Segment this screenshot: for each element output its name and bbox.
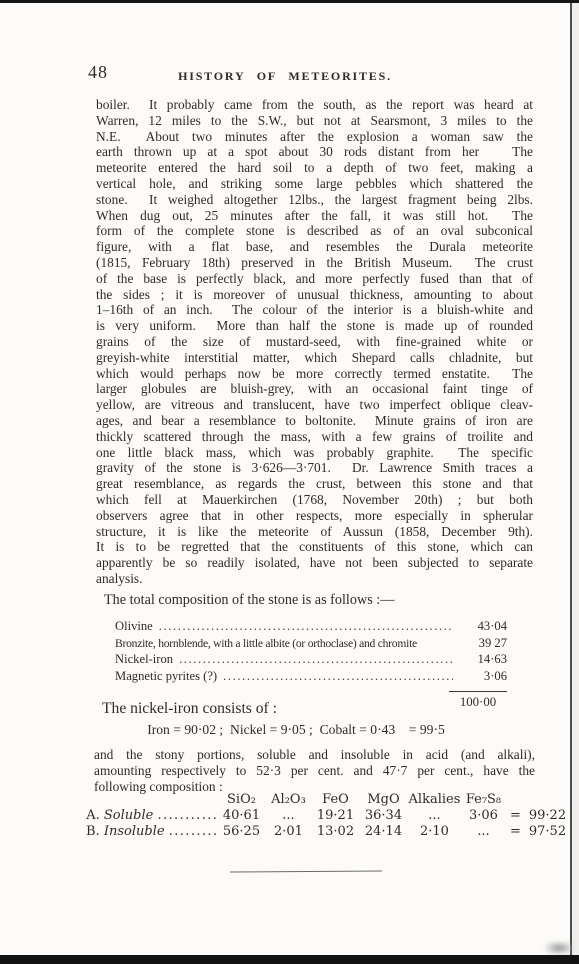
empty-cell [86, 792, 218, 808]
text-line: observers agree that in other respects, … [96, 508, 533, 524]
analysis-header-row: SiO₂ Al₂O₃ FeO MgO Alkalies Fe₇S₈ [86, 792, 570, 808]
text-line: vertical hole, and striking some large p… [96, 176, 533, 192]
dot-leader: ........................................… [223, 669, 453, 684]
row-prefix: B. [86, 824, 100, 839]
text-line: thickly scattered through the mass, with… [96, 429, 533, 445]
column-header: FeO [312, 792, 358, 808]
text-line: amounting respectively to 52·3 per cent.… [94, 763, 535, 779]
text-line: one little black mass, which was probabl… [96, 445, 533, 461]
text-line: (1815, February 18th) preserved in the B… [96, 255, 533, 271]
row-value: 3·06 [457, 669, 507, 684]
text-line: figure, with a flat base, and resembles … [96, 239, 533, 255]
text-line: N.E. About two minutes after the explosi… [96, 129, 533, 145]
equals-sign: = [506, 824, 524, 840]
scan-right-margin [572, 0, 579, 964]
table-row-insoluble: B. Insoluble ......... 56·25 2·01 13·02 … [86, 824, 570, 840]
text-line: greyish-white interstitial matter, which… [96, 350, 533, 366]
cell-value: 2·10 [408, 824, 460, 840]
text-line: ages, and bear a resemblance to boltonit… [96, 413, 533, 429]
nickel-iron-values: Iron = 90·02 ; Nickel = 9·05 ; Cobalt = … [96, 722, 496, 738]
text-line: form of the complete stone is described … [96, 223, 533, 239]
row-value: 43·04 [457, 619, 507, 634]
table-row-soluble: A. Soluble ........... 40·61 ... 19·21 3… [86, 808, 570, 824]
cell-value: 24·14 [358, 824, 408, 840]
book-page: 48 HISTORY OF METEORITES. boiler. It pro… [0, 0, 579, 964]
scan-edge-top [0, 0, 579, 3]
section-divider-rule [230, 870, 382, 872]
row-label: Olivine [115, 619, 153, 634]
text-line: structure, it is like the meteorite of A… [96, 524, 533, 540]
text-line: of the base is perfectly black, and more… [96, 271, 533, 287]
text-line: When dug out, 25 minutes after the fall,… [96, 208, 533, 224]
cell-value: 13·02 [312, 824, 358, 840]
dot-leader: ........... [157, 808, 218, 823]
row-value: 14·63 [457, 652, 507, 667]
table-row: Magnetic pyrites (?) ...................… [115, 669, 507, 686]
text-line: stone. It weighed altogether 12lbs., the… [96, 192, 533, 208]
dot-leader: ......... [169, 824, 219, 839]
dot-leader: ........................................… [179, 652, 453, 667]
row-value: 39 27 [457, 636, 507, 651]
cell-value: ... [460, 824, 506, 840]
text-line: and the stony portions, soluble and inso… [94, 747, 535, 763]
scan-edge-bottom [0, 955, 579, 964]
row-prefix: A. [86, 808, 100, 823]
text-line: grains of the size of mustard-seed, with… [96, 334, 533, 350]
table-row: Nickel-iron ............................… [115, 652, 507, 669]
cell-value: ... [264, 808, 312, 824]
column-header: Fe₇S₈ [460, 792, 506, 808]
text-line: earth thrown up at a spot about 30 rods … [96, 144, 533, 160]
text-line: which fell at Mauerkirchen (1768, Novemb… [96, 492, 533, 508]
row-total: 97·52 [524, 824, 570, 840]
text-line: analysis. [96, 571, 533, 587]
cell-value: 2·01 [264, 824, 312, 840]
second-paragraph: and the stony portions, soluble and inso… [94, 747, 535, 795]
table-row: Bronzite, hornblende, with a little albi… [115, 636, 507, 653]
row-label: Bronzite, hornblende, with a little albi… [115, 637, 417, 650]
empty-cell [506, 792, 524, 808]
cell-value: 19·21 [312, 808, 358, 824]
row-label: B. Insoluble ......... [86, 824, 218, 840]
dot-leader: ........................................… [159, 619, 453, 634]
cell-value: 56·25 [218, 824, 264, 840]
cell-value: 36·34 [358, 808, 408, 824]
text-line: boiler. It probably came from the south,… [96, 97, 533, 113]
row-label: Magnetic pyrites (?) [115, 669, 217, 684]
text-line: apparently be so readily isolated, have … [96, 555, 533, 571]
text-line: Warren, 12 miles to the S.W., but not at… [96, 113, 533, 129]
text-line: larger globules are bluish-grey, with an… [96, 381, 533, 397]
nickel-iron-intro: The nickel-iron consists of : [102, 700, 277, 718]
cell-value: ... [408, 808, 460, 824]
text-line: the sides ; it is moreover of unusual th… [96, 287, 533, 303]
column-header: SiO₂ [218, 792, 264, 808]
text-line: which would perhaps now be more correctl… [96, 366, 533, 382]
text-line: It is to be regretted that the constitue… [96, 539, 533, 555]
main-paragraph: boiler. It probably came from the south,… [96, 97, 533, 587]
text-line: gravity of the stone is 3·626—3·701. Dr.… [96, 460, 533, 476]
text-line: yellow, are vitreous and translucent, ha… [96, 397, 533, 413]
row-total: 99·22 [524, 808, 570, 824]
composition-intro: The total composition of the stone is as… [104, 592, 394, 609]
page-header: 48 HISTORY OF METEORITES. [0, 62, 570, 88]
composition-table: Olivine ................................… [115, 619, 507, 710]
analysis-table: SiO₂ Al₂O₃ FeO MgO Alkalies Fe₇S₈ A. Sol… [86, 792, 570, 840]
equals-sign: = [506, 808, 524, 824]
empty-cell [524, 792, 570, 808]
column-header: Al₂O₃ [264, 792, 312, 808]
cell-value: 40·61 [218, 808, 264, 824]
cell-value: 3·06 [460, 808, 506, 824]
text-line: meteorite entered the hard soil to a dep… [96, 160, 533, 176]
row-label: Nickel-iron [115, 652, 173, 667]
row-name: Soluble [104, 808, 153, 823]
scan-smudge [546, 942, 572, 954]
scan-edge-right [570, 0, 572, 964]
column-header: MgO [358, 792, 408, 808]
text-line: is very uniform. More than half the ston… [96, 318, 533, 334]
text-line: 1–16th of an inch. The colour of the int… [96, 302, 533, 318]
running-title: HISTORY OF METEORITES. [0, 69, 570, 84]
column-header: Alkalies [408, 792, 460, 808]
total-value: 100·00 [449, 692, 507, 710]
row-name: Insoluble [104, 824, 165, 839]
text-line: great resemblance, as regards the crust,… [96, 476, 533, 492]
table-row: Olivine ................................… [115, 619, 507, 636]
row-label: A. Soluble ........... [86, 808, 218, 824]
